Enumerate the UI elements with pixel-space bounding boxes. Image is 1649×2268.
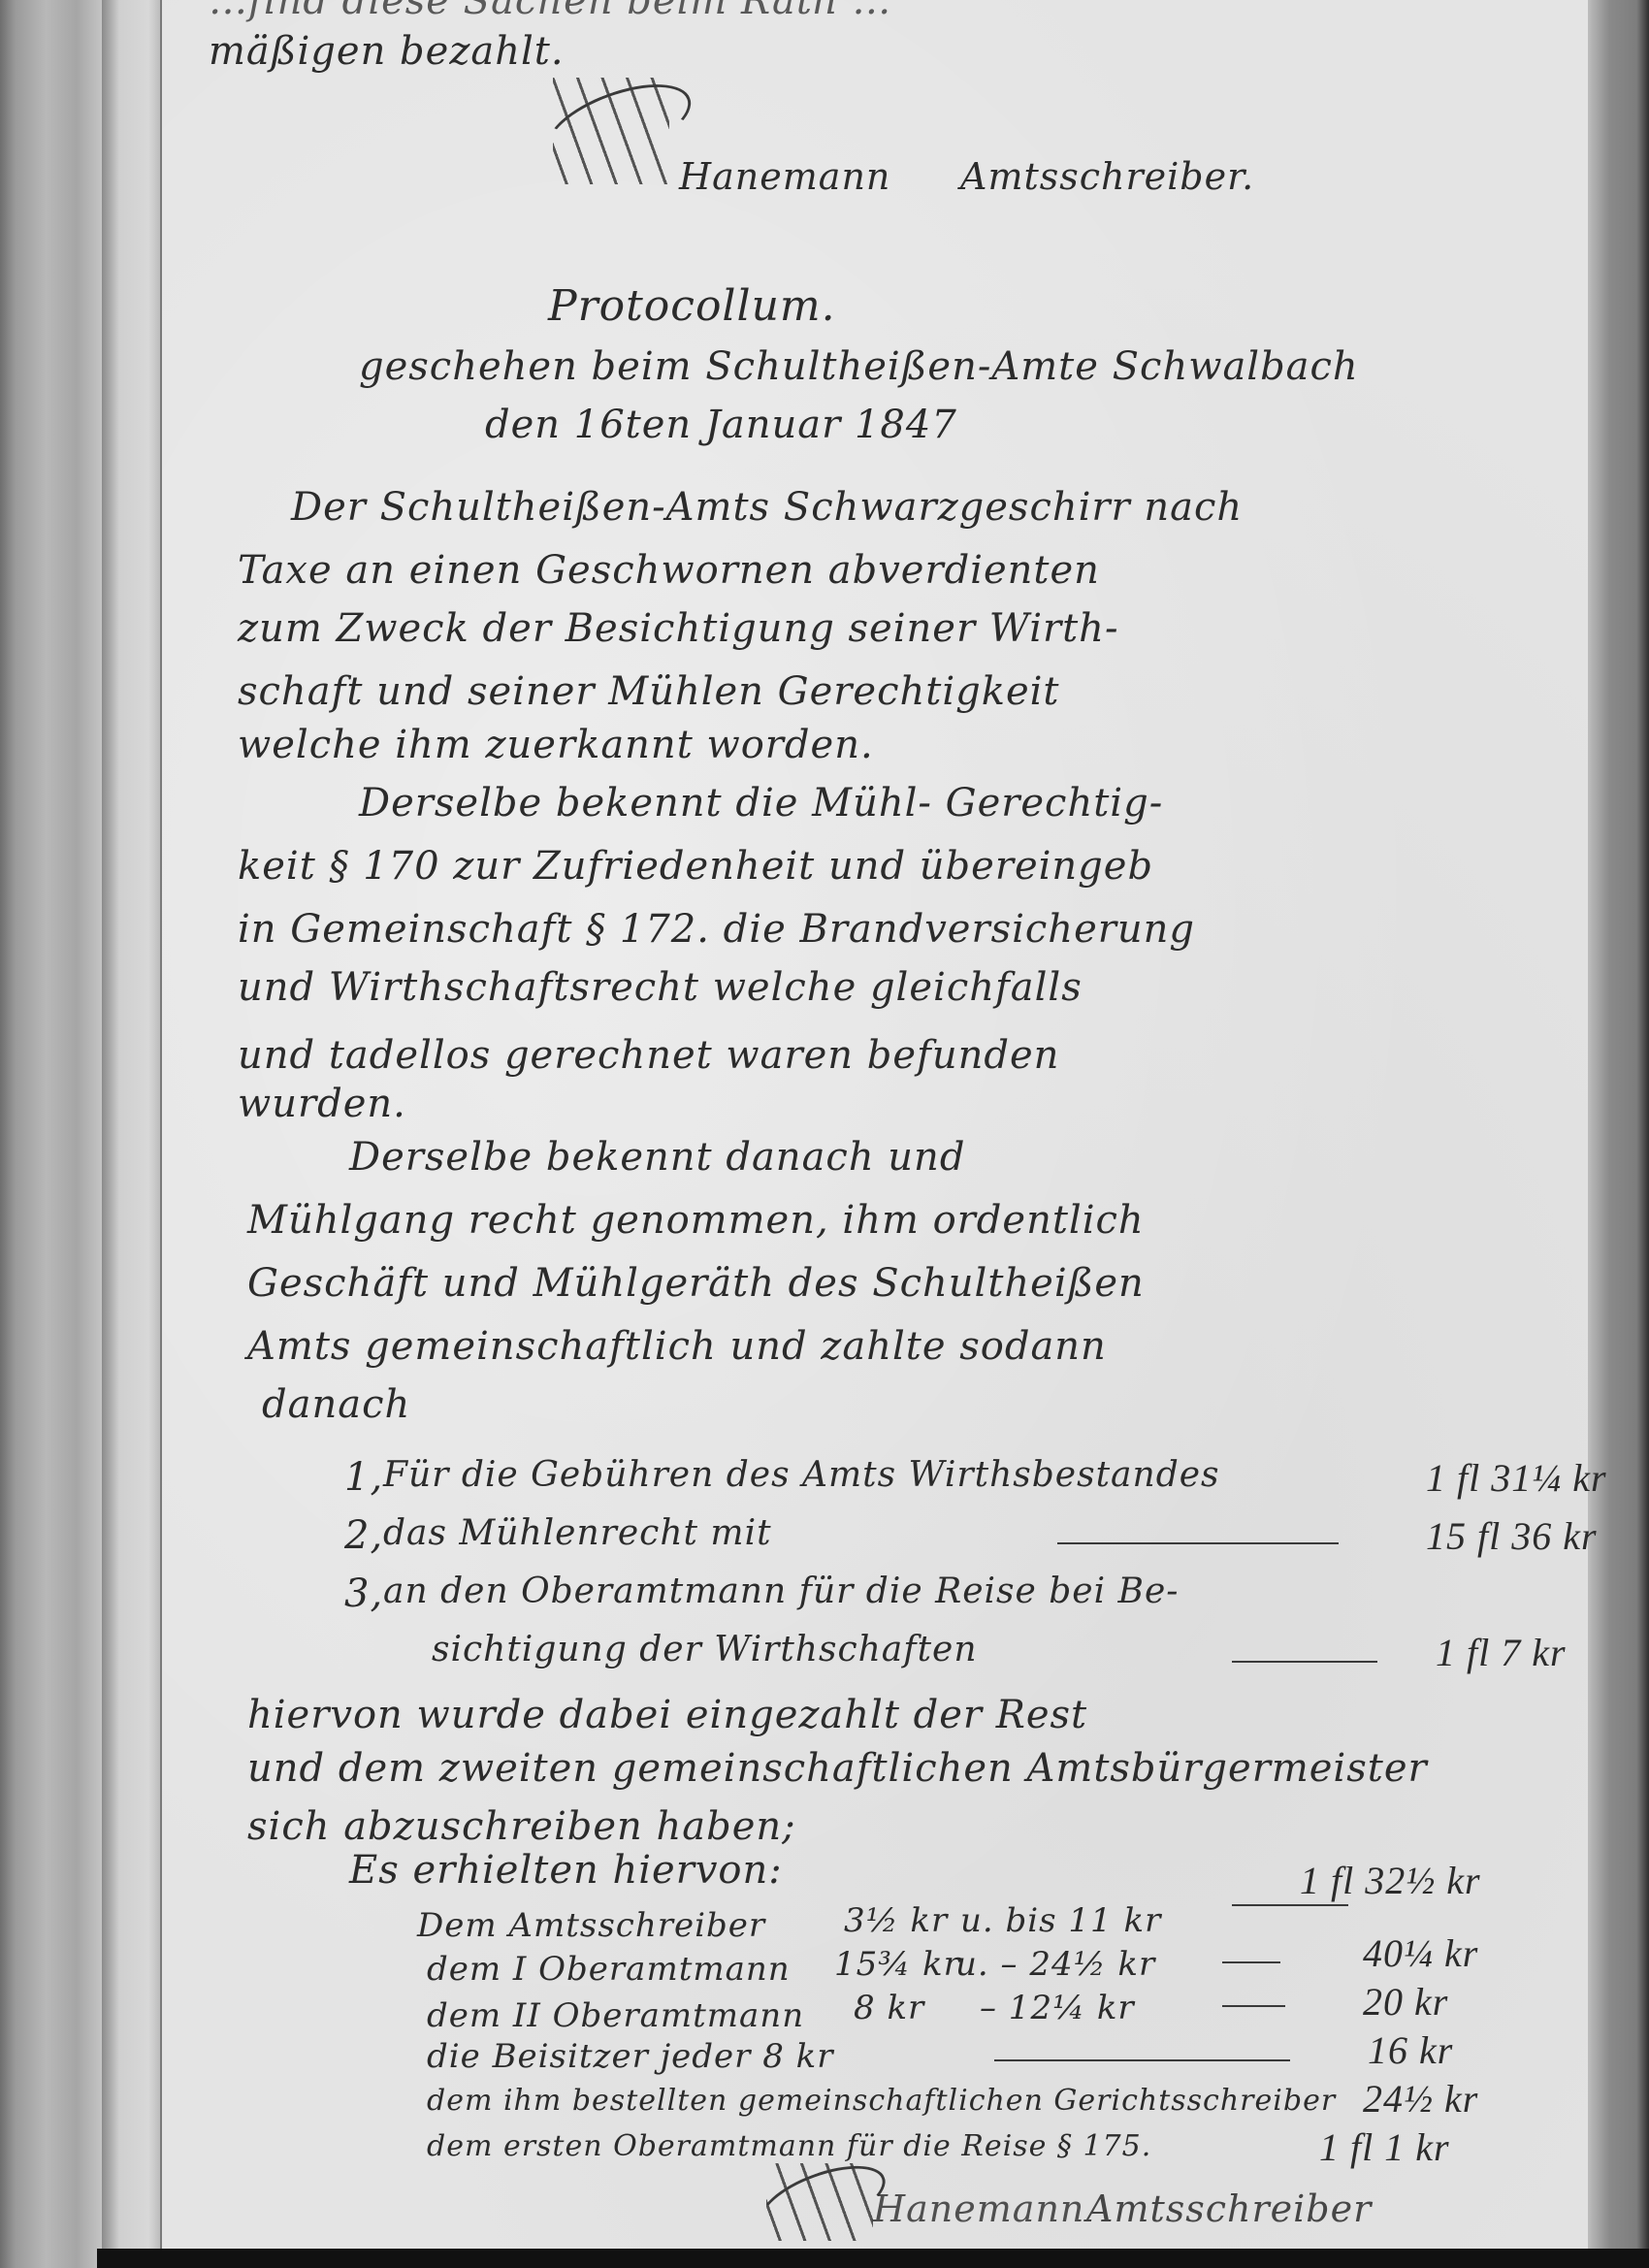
fill-rule xyxy=(1222,1961,1280,1963)
paragraph-line: wurden. xyxy=(238,1082,406,1126)
fee-item-text: das Mühlenrecht mit xyxy=(383,1513,772,1553)
signature-1-title: Amtsschreiber. xyxy=(960,155,1254,198)
row-mid: – 12¼ kr xyxy=(980,1989,1135,2027)
row-rate: 15¾ kr xyxy=(834,1945,960,1984)
fill-rule xyxy=(1057,1542,1339,1544)
bottom-page-shadow xyxy=(97,2249,1649,2268)
signature-1-name: Hanemann xyxy=(679,155,890,198)
fill-rule xyxy=(1232,1904,1348,1906)
fee-item-amount: 1 fl 31¼ kr xyxy=(1426,1455,1607,1501)
row-label: dem ihm bestellten gemeinschaftlichen Ge… xyxy=(427,2084,1336,2118)
paragraph-line: welche ihm zuerkannt worden. xyxy=(238,723,874,767)
top-continuation: mäßigen bezahlt. xyxy=(209,29,565,74)
paragraph-line: und tadellos gerechnet waren befunden xyxy=(238,1033,1059,1078)
paragraph-line: sich abzuschreiben haben; xyxy=(247,1804,796,1849)
paragraph-line: Der Schultheißen-Amts Schwarzgeschirr na… xyxy=(291,485,1243,530)
row-amount: 1 fl 1 kr xyxy=(1319,2124,1450,2170)
row-label: Dem Amtsschreiber xyxy=(417,1906,765,1945)
paragraph-line: schaft und seiner Mühlen Gerechtigkeit xyxy=(238,669,1060,714)
row-label: die Beisitzer jeder 8 kr xyxy=(427,2037,834,2076)
row-amount: 24½ kr xyxy=(1363,2076,1478,2122)
row-label: dem II Oberamtmann xyxy=(427,1996,804,2035)
fill-rule xyxy=(1222,2005,1285,2007)
fee-item-text: Für die Gebühren des Amts Wirthsbestande… xyxy=(383,1455,1220,1495)
fee-item-amount: 1 fl 7 kr xyxy=(1436,1630,1567,1675)
signature-2-title: Amtsschreiber xyxy=(1086,2187,1372,2230)
paragraph-line: Mühlgang recht genommen, ihm ordentlich xyxy=(247,1198,1145,1243)
row-mid: u. – 24½ kr xyxy=(955,1945,1155,1984)
paragraph-line: und dem zweiten gemeinschaftlichen Amtsb… xyxy=(247,1746,1428,1791)
row-rate: 3½ kr xyxy=(844,1901,948,1940)
fee-item-number: 2, xyxy=(344,1513,383,1558)
row-label: dem ersten Oberamtmann für die Reise § 1… xyxy=(427,2129,1151,2163)
paragraph-line: und Wirthschaftsrecht welche gleichfalls xyxy=(238,965,1083,1010)
protocol-title: Protocollum. xyxy=(548,281,836,331)
fee-item-text-continued: sichtigung der Wirthschaften xyxy=(432,1630,978,1669)
row-amount: 1 fl 32½ kr xyxy=(1300,1858,1481,1903)
row-amount: 40¼ kr xyxy=(1363,1930,1478,1976)
paragraph-line: Taxe an einen Geschwornen abverdienten xyxy=(238,548,1100,593)
protocol-subtitle: geschehen beim Schultheißen-Amte Schwalb… xyxy=(359,344,1359,389)
paragraph-line: danach xyxy=(262,1382,410,1427)
paragraph-line: Amts gemeinschaftlich und zahlte sodann xyxy=(247,1324,1107,1369)
paragraph-line: Geschäft und Mühlgeräth des Schultheißen xyxy=(247,1261,1145,1306)
fee-item-number: 3, xyxy=(344,1571,383,1616)
signature-2-name: Hanemann xyxy=(873,2187,1084,2230)
paragraph-line: zum Zweck der Besichtigung seiner Wirth- xyxy=(238,606,1118,651)
book-binding xyxy=(0,0,102,2268)
protocol-date: den 16ten Januar 1847 xyxy=(485,403,957,447)
paragraph-line: in Gemeinschaft § 172. die Brandversiche… xyxy=(238,907,1195,952)
row-amount: 20 kr xyxy=(1363,1979,1448,2025)
top-cutoff-line: …ſind diese Sachen beim Rath … xyxy=(209,0,891,23)
row-amount: 16 kr xyxy=(1368,2027,1453,2073)
paragraph-line: keit § 170 zur Zufriedenheit und überein… xyxy=(238,844,1153,889)
right-page-shadow xyxy=(1588,0,1649,2268)
fill-rule xyxy=(1232,1661,1377,1663)
distribution-heading: Es erhielten hiervon: xyxy=(349,1848,783,1893)
fee-item-amount: 15 fl 36 kr xyxy=(1426,1513,1598,1559)
paragraph-line: Derselbe bekennt die Mühl- Gerechtig- xyxy=(359,781,1163,826)
row-label: dem I Oberamtmann xyxy=(427,1950,791,1989)
paragraph-line: Derselbe bekennt danach und xyxy=(349,1135,965,1180)
paragraph-line: hiervon wurde dabei eingezahlt der Rest xyxy=(247,1693,1087,1737)
page-gutter xyxy=(102,0,162,2268)
fill-rule xyxy=(994,2059,1290,2061)
fee-item-number: 1, xyxy=(344,1455,383,1500)
fee-item-text: an den Oberamtmann für die Reise bei Be- xyxy=(383,1571,1179,1611)
row-rate: 8 kr xyxy=(854,1989,924,2027)
row-mid: u. bis 11 kr xyxy=(960,1901,1161,1940)
